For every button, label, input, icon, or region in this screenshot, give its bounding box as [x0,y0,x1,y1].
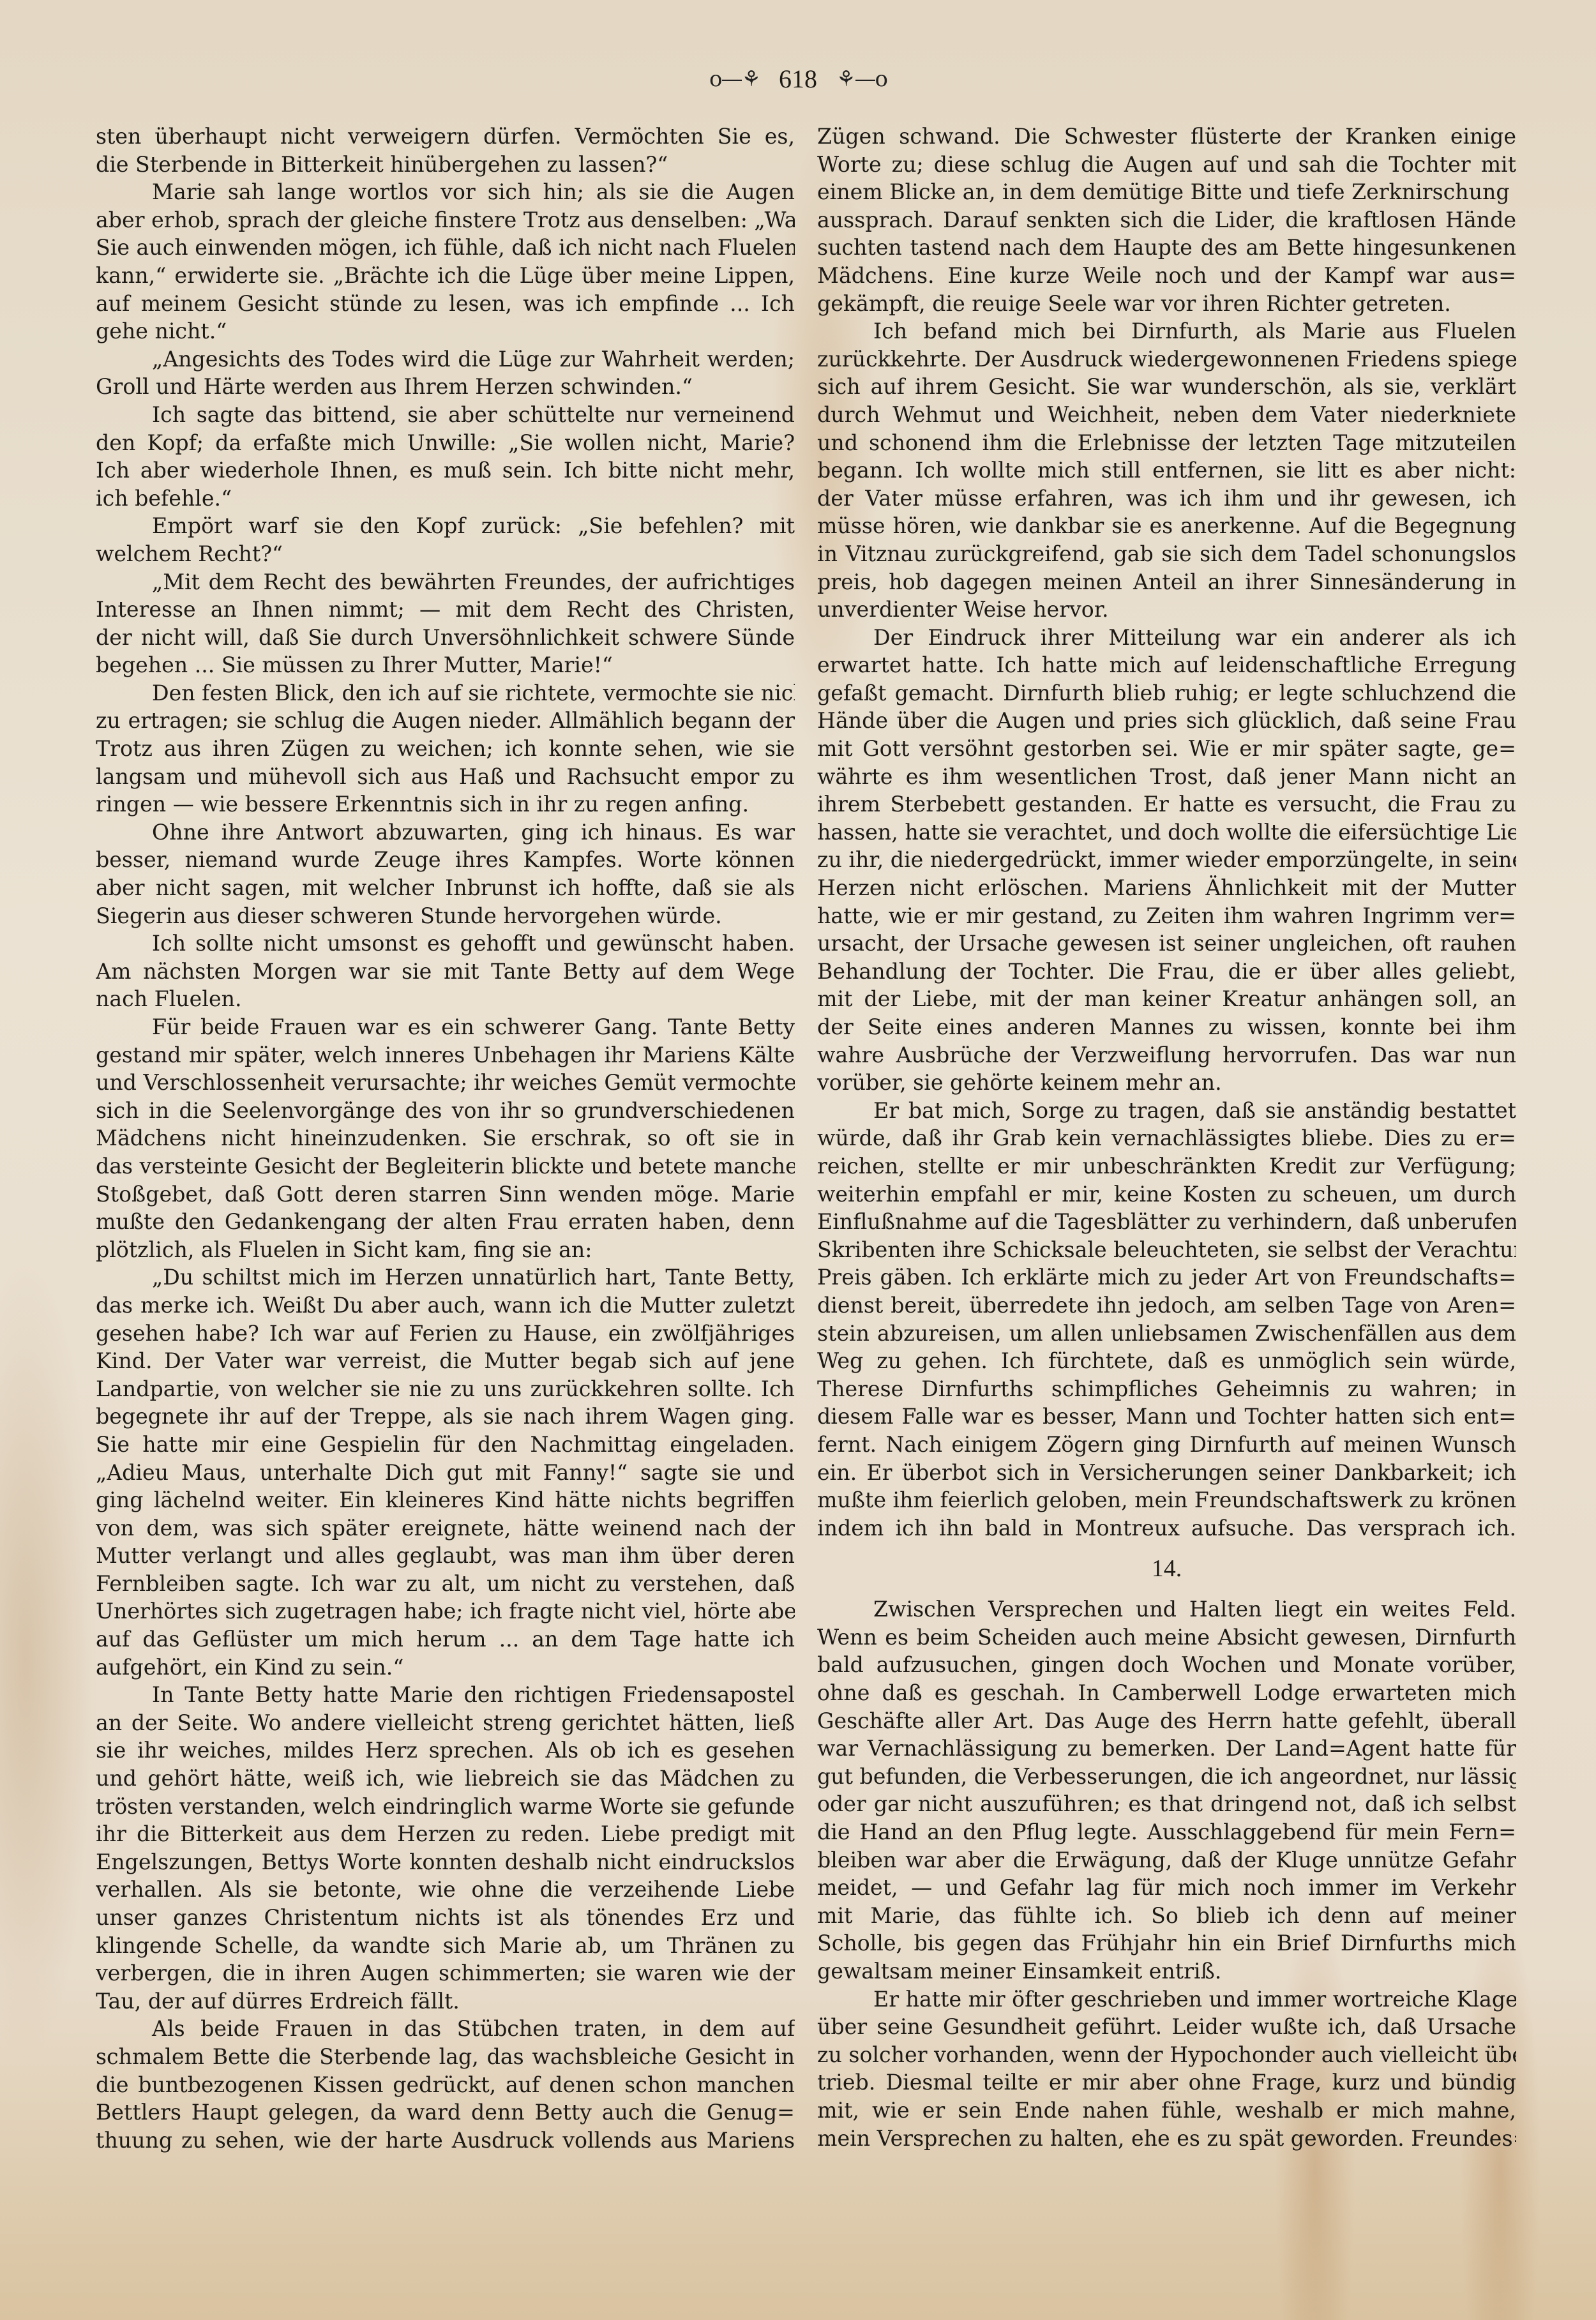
text-line: sich in die Seelenvorgänge des von ihr s… [96,1097,795,1125]
text-line: ohne daß es geschah. In Camberwell Lodge… [817,1679,1516,1707]
text-line: Ohne ihre Antwort abzuwarten, ging ich h… [96,818,795,847]
text-line: besser, niemand wurde Zeuge ihres Kampfe… [96,846,795,874]
text-line: gestand mir später, welch inneres Unbeha… [96,1041,795,1069]
text-line: aussprach. Darauf senkten sich die Lider… [817,206,1516,234]
text-line: zurückkehrte. Der Ausdruck wiedergewonne… [817,345,1516,373]
text-line: Fernbleiben sagte. Ich war zu alt, um ni… [96,1570,795,1598]
text-line: würde, daß ihr Grab kein vernachlässigte… [817,1124,1516,1152]
text-line: Worte zu; diese schlug die Augen auf und… [817,151,1516,179]
text-line: mit der Liebe, mit der man keiner Kreatu… [817,985,1516,1013]
text-line: sten überhaupt nicht verweigern dürfen. … [96,123,795,151]
text-line: auf das Geflüster um mich herum ... an d… [96,1625,795,1653]
left-text-column: sten überhaupt nicht verweigern dürfen. … [96,123,795,2154]
text-line: sich auf ihrem Gesicht. Sie war wundersc… [817,373,1516,401]
text-line: gesehen habe? Ich war auf Ferien zu Haus… [96,1320,795,1348]
text-line: Sie hatte mir eine Gespielin für den Nac… [96,1431,795,1459]
text-line: aber erhob, sprach der gleiche finstere … [96,206,795,234]
text-line: hatte, wie er mir gestand, zu Zeiten ihm… [817,902,1516,930]
text-line: erwartet hatte. Ich hatte mich auf leide… [817,651,1516,679]
text-line: Einflußnahme auf die Tagesblätter zu ver… [817,1208,1516,1236]
text-line: ihr die Bitterkeit aus dem Herzen zu red… [96,1820,795,1848]
text-line: zu ihr, die niedergedrückt, immer wieder… [817,846,1516,874]
text-line: Er hatte mir öfter geschrieben und immer… [817,1985,1516,2014]
text-line: welchem Recht?“ [96,540,795,568]
text-line: verbergen, die in ihren Augen schimmerte… [96,1959,795,1987]
text-line: unser ganzes Christentum nichts ist als … [96,1904,795,1932]
ornament-right-icon: ⚘—o [836,66,887,92]
text-line: die Hand an den Pflug legte. Ausschlagge… [817,1818,1516,1846]
text-line: Den festen Blick, den ich auf sie richte… [96,679,795,707]
text-line: ich befehle.“ [96,485,795,513]
right-column-text-after-chapter: Zwischen Versprechen und Halten liegt ei… [817,1595,1516,2152]
page-header: o—⚘ 618 ⚘—o [0,64,1596,94]
text-line: kann,“ erwiderte sie. „Brächte ich die L… [96,262,795,290]
text-line: währte es ihm wesentlichen Trost, daß je… [817,763,1516,791]
text-line: Der Eindruck ihrer Mitteilung war ein an… [817,624,1516,652]
ornament-left-icon: o—⚘ [709,66,760,92]
text-line: trieb. Diesmal teilte er mir aber ohne F… [817,2068,1516,2097]
text-line: Preis gäben. Ich erklärte mich zu jeder … [817,1263,1516,1292]
text-line: der Vater müsse erfahren, was ich ihm un… [817,485,1516,513]
text-line: und gehört hätte, weiß ich, wie liebreic… [96,1765,795,1793]
text-line: diesem Falle war es besser, Mann und Toc… [817,1403,1516,1431]
text-line: preis, hob dagegen meinen Anteil an ihre… [817,568,1516,596]
text-line: indem ich ihn bald in Montreux aufsuche.… [817,1514,1516,1542]
text-line: Mädchens nicht hineinzudenken. Sie ersch… [96,1124,795,1152]
text-line: gut befunden, die Verbesserungen, die ic… [817,1763,1516,1791]
chapter-heading: 14. [817,1546,1516,1592]
text-line: gehe nicht.“ [96,317,795,345]
right-column-text-before-chapter: Zügen schwand. Die Schwester flüsterte d… [817,123,1516,1542]
text-line: vorüber, sie gehörte keinem mehr an. [817,1069,1516,1097]
text-line: das merke ich. Weißt Du aber auch, wann … [96,1292,795,1320]
text-line: Kind. Der Vater war verreist, die Mutter… [96,1347,795,1375]
text-line: Marie sah lange wortlos vor sich hin; al… [96,178,795,206]
text-line: das versteinte Gesicht der Begleiterin b… [96,1152,795,1180]
text-line: Tau, der auf dürres Erdreich fällt. [96,1987,795,2015]
text-line: Skribenten ihre Schicksale beleuchteten,… [817,1236,1516,1264]
text-line: mit Gott versöhnt gestorben sei. Wie er … [817,735,1516,763]
text-line: aufgehört, ein Kind zu sein.“ [96,1653,795,1682]
text-line: Unerhörtes sich zugetragen habe; ich fra… [96,1597,795,1625]
text-line: mit, wie er sein Ende nahen fühle, wesha… [817,2097,1516,2125]
text-line: oder gar nicht auszuführen; es that drin… [817,1790,1516,1818]
text-line: wahre Ausbrüche der Verzweiflung hervorr… [817,1041,1516,1069]
text-line: bald aufzusuchen, gingen doch Wochen und… [817,1651,1516,1679]
text-line: Interesse an Ihnen nimmt; — mit dem Rech… [96,596,795,624]
text-line: Für beide Frauen war es ein schwerer Gan… [96,1013,795,1041]
text-line: Ich sollte nicht umsonst es gehofft und … [96,930,795,958]
text-line: ging lächelnd weiter. Ein kleineres Kind… [96,1486,795,1514]
text-line: in Vitznau zurückgreifend, gab sie sich … [817,540,1516,568]
right-text-column: Zügen schwand. Die Schwester flüsterte d… [817,123,1516,2152]
text-line: Ich aber wiederhole Ihnen, es muß sein. … [96,456,795,485]
text-line: auf meinem Gesicht stünde zu lesen, was … [96,290,795,318]
text-line: stein abzureisen, um allen unliebsamen Z… [817,1320,1516,1348]
page-number: 618 [779,64,817,94]
text-line: begehen ... Sie müssen zu Ihrer Mutter, … [96,651,795,679]
text-line: der nicht will, daß Sie durch Unversöhnl… [96,624,795,652]
text-line: Ich befand mich bei Dirnfurth, als Marie… [817,317,1516,345]
text-line: reichen, stellte er mir unbeschränkten K… [817,1152,1516,1180]
text-line: dienst bereit, überredete ihn jedoch, am… [817,1292,1516,1320]
text-line: müsse hören, wie dankbar sie es anerkenn… [817,512,1516,540]
text-line: Weg zu gehen. Ich fürchtete, daß es unmö… [817,1347,1516,1375]
text-line: trösten verstanden, welch eindringlich w… [96,1793,795,1821]
text-line: plötzlich, als Fluelen in Sicht kam, fin… [96,1236,795,1264]
text-line: „Du schiltst mich im Herzen unnatürlich … [96,1263,795,1292]
text-line: gefaßt gemacht. Dirnfurth blieb ruhig; e… [817,679,1516,707]
text-line: Geschäfte aller Art. Das Auge des Herrn … [817,1707,1516,1735]
text-line: Bettlers Haupt gelegen, da ward denn Bet… [96,2098,795,2127]
text-line: unverdienter Weise hervor. [817,596,1516,624]
text-line: Am nächsten Morgen war sie mit Tante Bet… [96,958,795,986]
text-line: Hände über die Augen und pries sich glüc… [817,707,1516,735]
text-line: thuung zu sehen, wie der harte Ausdruck … [96,2127,795,2155]
text-line: Stoßgebet, daß Gott deren starren Sinn w… [96,1180,795,1209]
text-line: ringen — wie bessere Erkenntnis sich in … [96,790,795,818]
text-line: verhallen. Als sie betonte, wie ohne die… [96,1876,795,1904]
text-line: durch Wehmut und Weichheit, neben dem Va… [817,401,1516,429]
text-line: schmalem Bette die Sterbende lag, das wa… [96,2043,795,2071]
text-line: Als beide Frauen in das Stübchen traten,… [96,2015,795,2043]
text-line: „Angesichts des Todes wird die Lüge zur … [96,345,795,373]
text-line: langsam und mühevoll sich aus Haß und Ra… [96,763,795,791]
text-line: über seine Gesundheit geführt. Leider wu… [817,2013,1516,2041]
text-line: Behandlung der Tochter. Die Frau, die er… [817,958,1516,986]
text-line: Zwischen Versprechen und Halten liegt ei… [817,1595,1516,1623]
text-line: suchten tastend nach dem Haupte des am B… [817,234,1516,262]
text-line: sie ihr weiches, mildes Herz sprechen. A… [96,1736,795,1765]
text-line: gewaltsam meiner Einsamkeit entriß. [817,1957,1516,1985]
text-line: zu solcher vorhanden, wenn der Hypochond… [817,2041,1516,2069]
text-line: und Verschlossenheit verursachte; ihr we… [96,1069,795,1097]
text-line: klingende Schelle, da wandte sich Marie … [96,1932,795,1960]
text-line: Herzen nicht erlöschen. Mariens Ähnlichk… [817,874,1516,902]
text-line: von dem, was sich später ereignete, hätt… [96,1514,795,1542]
text-line: Scholle, bis gegen das Frühjahr hin ein … [817,1929,1516,1957]
text-line: Empört warf sie den Kopf zurück: „Sie be… [96,512,795,540]
text-line: die Sterbende in Bitterkeit hinübergehen… [96,151,795,179]
text-line: Groll und Härte werden aus Ihrem Herzen … [96,373,795,401]
text-line: die buntbezogenen Kissen gedrückt, auf d… [96,2071,795,2099]
text-line: mußte den Gedankengang der alten Frau er… [96,1208,795,1236]
text-line: Ich sagte das bittend, sie aber schüttel… [96,401,795,429]
text-line: der Seite eines anderen Mannes zu wissen… [817,1013,1516,1041]
text-line: ursacht, der Ursache gewesen ist seiner … [817,930,1516,958]
text-line: hassen, hatte sie verachtet, und doch wo… [817,818,1516,847]
text-line: Sie auch einwenden mögen, ich fühle, daß… [96,234,795,262]
text-line: begann. Ich wollte mich still entfernen,… [817,456,1516,485]
text-line: begegnete ihr auf der Treppe, als sie na… [96,1403,795,1431]
text-line: einem Blicke an, in dem demütige Bitte u… [817,178,1516,206]
text-line: Trotz aus ihren Zügen zu weichen; ich ko… [96,735,795,763]
text-line: zu ertragen; sie schlug die Augen nieder… [96,707,795,735]
text-line: ein. Er überbot sich in Versicherungen s… [817,1459,1516,1487]
text-line: gekämpft, die reuige Seele war vor ihren… [817,290,1516,318]
text-line: war Vernachlässigung zu bemerken. Der La… [817,1735,1516,1763]
text-line: „Mit dem Recht des bewährten Freundes, d… [96,568,795,596]
text-line: Wenn es beim Scheiden auch meine Absicht… [817,1623,1516,1652]
text-line: mußte ihm feierlich geloben, mein Freund… [817,1486,1516,1514]
text-line: meidet, — und Gefahr lag für mich noch i… [817,1874,1516,1902]
text-line: bleiben war aber die Erwägung, daß der K… [817,1846,1516,1874]
text-line: Landpartie, von welcher sie nie zu uns z… [96,1375,795,1403]
text-line: Mutter verlangt und alles geglaubt, was … [96,1542,795,1570]
text-line: Er bat mich, Sorge zu tragen, daß sie an… [817,1097,1516,1125]
text-line: In Tante Betty hatte Marie den richtigen… [96,1681,795,1709]
text-line: Engelszungen, Bettys Worte konnten desha… [96,1848,795,1876]
text-line: fernt. Nach einigem Zögern ging Dirnfurt… [817,1431,1516,1459]
text-line: ihrem Sterbebett gestanden. Er hatte es … [817,790,1516,818]
text-line: Zügen schwand. Die Schwester flüsterte d… [817,123,1516,151]
text-line: „Adieu Maus, unterhalte Dich gut mit Fan… [96,1459,795,1487]
text-line: Mädchens. Eine kurze Weile noch und der … [817,262,1516,290]
text-line: aber nicht sagen, mit welcher Inbrunst i… [96,874,795,902]
text-line: und schonend ihm die Erlebnisse der letz… [817,429,1516,457]
text-line: weiterhin empfahl er mir, keine Kosten z… [817,1180,1516,1209]
text-line: Therese Dirnfurths schimpfliches Geheimn… [817,1375,1516,1403]
text-line: den Kopf; da erfaßte mich Unwille: „Sie … [96,429,795,457]
text-line: an der Seite. Wo andere vielleicht stren… [96,1709,795,1737]
text-line: Siegerin aus dieser schweren Stunde herv… [96,902,795,930]
text-line: mit Marie, das fühlte ich. So blieb ich … [817,1902,1516,1930]
text-line: nach Fluelen. [96,985,795,1013]
text-line: mein Versprechen zu halten, ehe es zu sp… [817,2125,1516,2153]
